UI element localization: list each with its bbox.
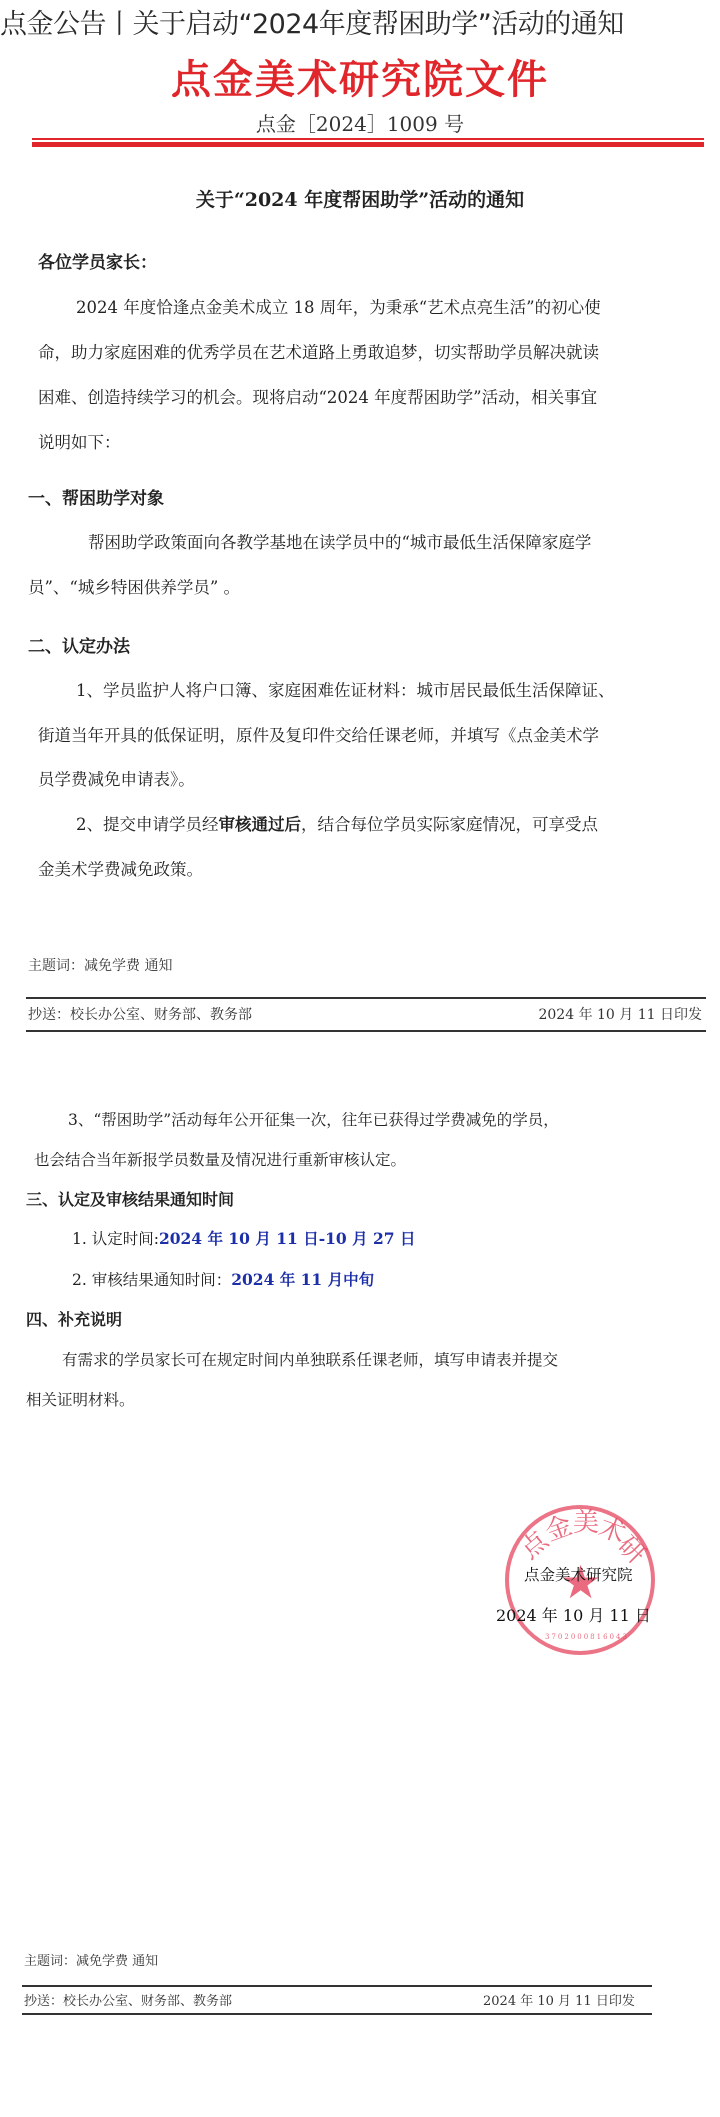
section3-item1: 1. 认定时间:2024 年 10 月 11 日-10 月 27 日 <box>72 1227 415 1249</box>
section2-item2-line2: 金美术学费减免政策。 <box>38 856 203 880</box>
print-date: 2024 年 10 月 11 日印发 <box>483 1990 635 2009</box>
item2-prefix: 2、提交申请学员经 <box>76 815 219 834</box>
letterhead-rule-thin <box>32 138 704 140</box>
footer-rule-top <box>22 1985 652 1987</box>
keywords: 主题词：减免学费 通知 <box>24 1950 158 1969</box>
section4-line: 有需求的学员家长可在规定时间内单独联系任课老师，填写申请表并提交 <box>62 1348 558 1370</box>
greeting: 各位学员家长： <box>38 248 157 273</box>
section2-item1-line: 员学费减免申请表》。 <box>38 766 195 790</box>
item1-label: 1. 认定时间: <box>72 1230 159 1248</box>
letterhead-org-name: 点金美术研究院文件 <box>0 48 720 105</box>
section-heading-3: 三、认定及审核结果通知时间 <box>26 1187 234 1210</box>
cc-list: 抄送：校长办公室、财务部、教务部 <box>24 1990 232 2009</box>
signature-org: 点金美术研究院 <box>524 1563 633 1585</box>
document-number: 点金［2024］1009 号 <box>0 108 720 137</box>
section-heading-1: 一、帮困助学对象 <box>28 484 164 509</box>
signature-date: 2024 年 10 月 11 日 <box>496 1603 651 1626</box>
stamp-arc-char: 美 <box>573 1502 599 1539</box>
section4-line: 相关证明材料。 <box>26 1388 135 1410</box>
intro-line: 命，助力家庭困难的优秀学员在艺术道路上勇敢追梦，切实帮助学员解决就读 <box>38 339 599 363</box>
letterhead-rule-thick <box>32 142 704 147</box>
section2-item1-line: 1、学员监护人将户口簿、家庭困难佐证材料：城市居民最低生活保障证、 <box>76 677 615 701</box>
intro-line: 困难、创造持续学习的机会。现将启动“2024 年度帮困助学”活动，相关事宜 <box>38 384 597 408</box>
intro-line: 说明如下： <box>38 429 121 453</box>
item1-date-range: 2024 年 10 月 11 日-10 月 27 日 <box>159 1229 416 1248</box>
cc-list: 抄送：校长办公室、财务部、教务部 <box>28 1004 252 1024</box>
stamp-code: 3702000816043 <box>545 1633 629 1641</box>
item2-date: 2024 年 11 月中旬 <box>231 1270 374 1289</box>
article-title: 点金公告丨关于启动“2024年度帮困助学”活动的通知 <box>0 2 624 41</box>
section-heading-4: 四、补充说明 <box>26 1307 122 1330</box>
item3-line: 3、“帮困助学”活动每年公开征集一次，往年已获得过学费减免的学员， <box>68 1108 559 1130</box>
keywords: 主题词：减免学费 通知 <box>28 955 172 975</box>
intro-line: 2024 年度恰逢点金美术成立 18 周年，为秉承“艺术点亮生活”的初心使 <box>76 294 601 318</box>
footer-rule-bottom <box>22 2013 652 2015</box>
notice-title: 关于“2024 年度帮困助学”活动的通知 <box>0 185 720 212</box>
item3-line: 也会结合当年新报学员数量及情况进行重新审核认定。 <box>34 1148 406 1170</box>
item2-suffix: ，结合每位学员实际家庭情况，可享受点 <box>301 815 598 834</box>
footer-rule-bottom <box>26 1030 706 1032</box>
section1-line: 员”、“城乡特困供养学员” 。 <box>28 574 240 598</box>
section2-item2-line: 2、提交申请学员经审核通过后，结合每位学员实际家庭情况，可享受点 <box>76 811 598 835</box>
section2-item1-line: 街道当年开具的低保证明，原件及复印件交给任课老师，并填写《点金美术学 <box>38 722 599 746</box>
section1-line: 帮困助学政策面向各教学基地在读学员中的“城市最低生活保障家庭学 <box>88 529 591 553</box>
item2-bold: 审核通过后 <box>219 815 302 834</box>
section3-item2: 2. 审核结果通知时间：2024 年 11 月中旬 <box>72 1268 374 1290</box>
print-date: 2024 年 10 月 11 日印发 <box>538 1004 702 1024</box>
section-heading-2: 二、认定办法 <box>28 632 130 657</box>
item2-label: 2. 审核结果通知时间： <box>72 1271 231 1289</box>
footer-rule-top <box>26 997 706 999</box>
